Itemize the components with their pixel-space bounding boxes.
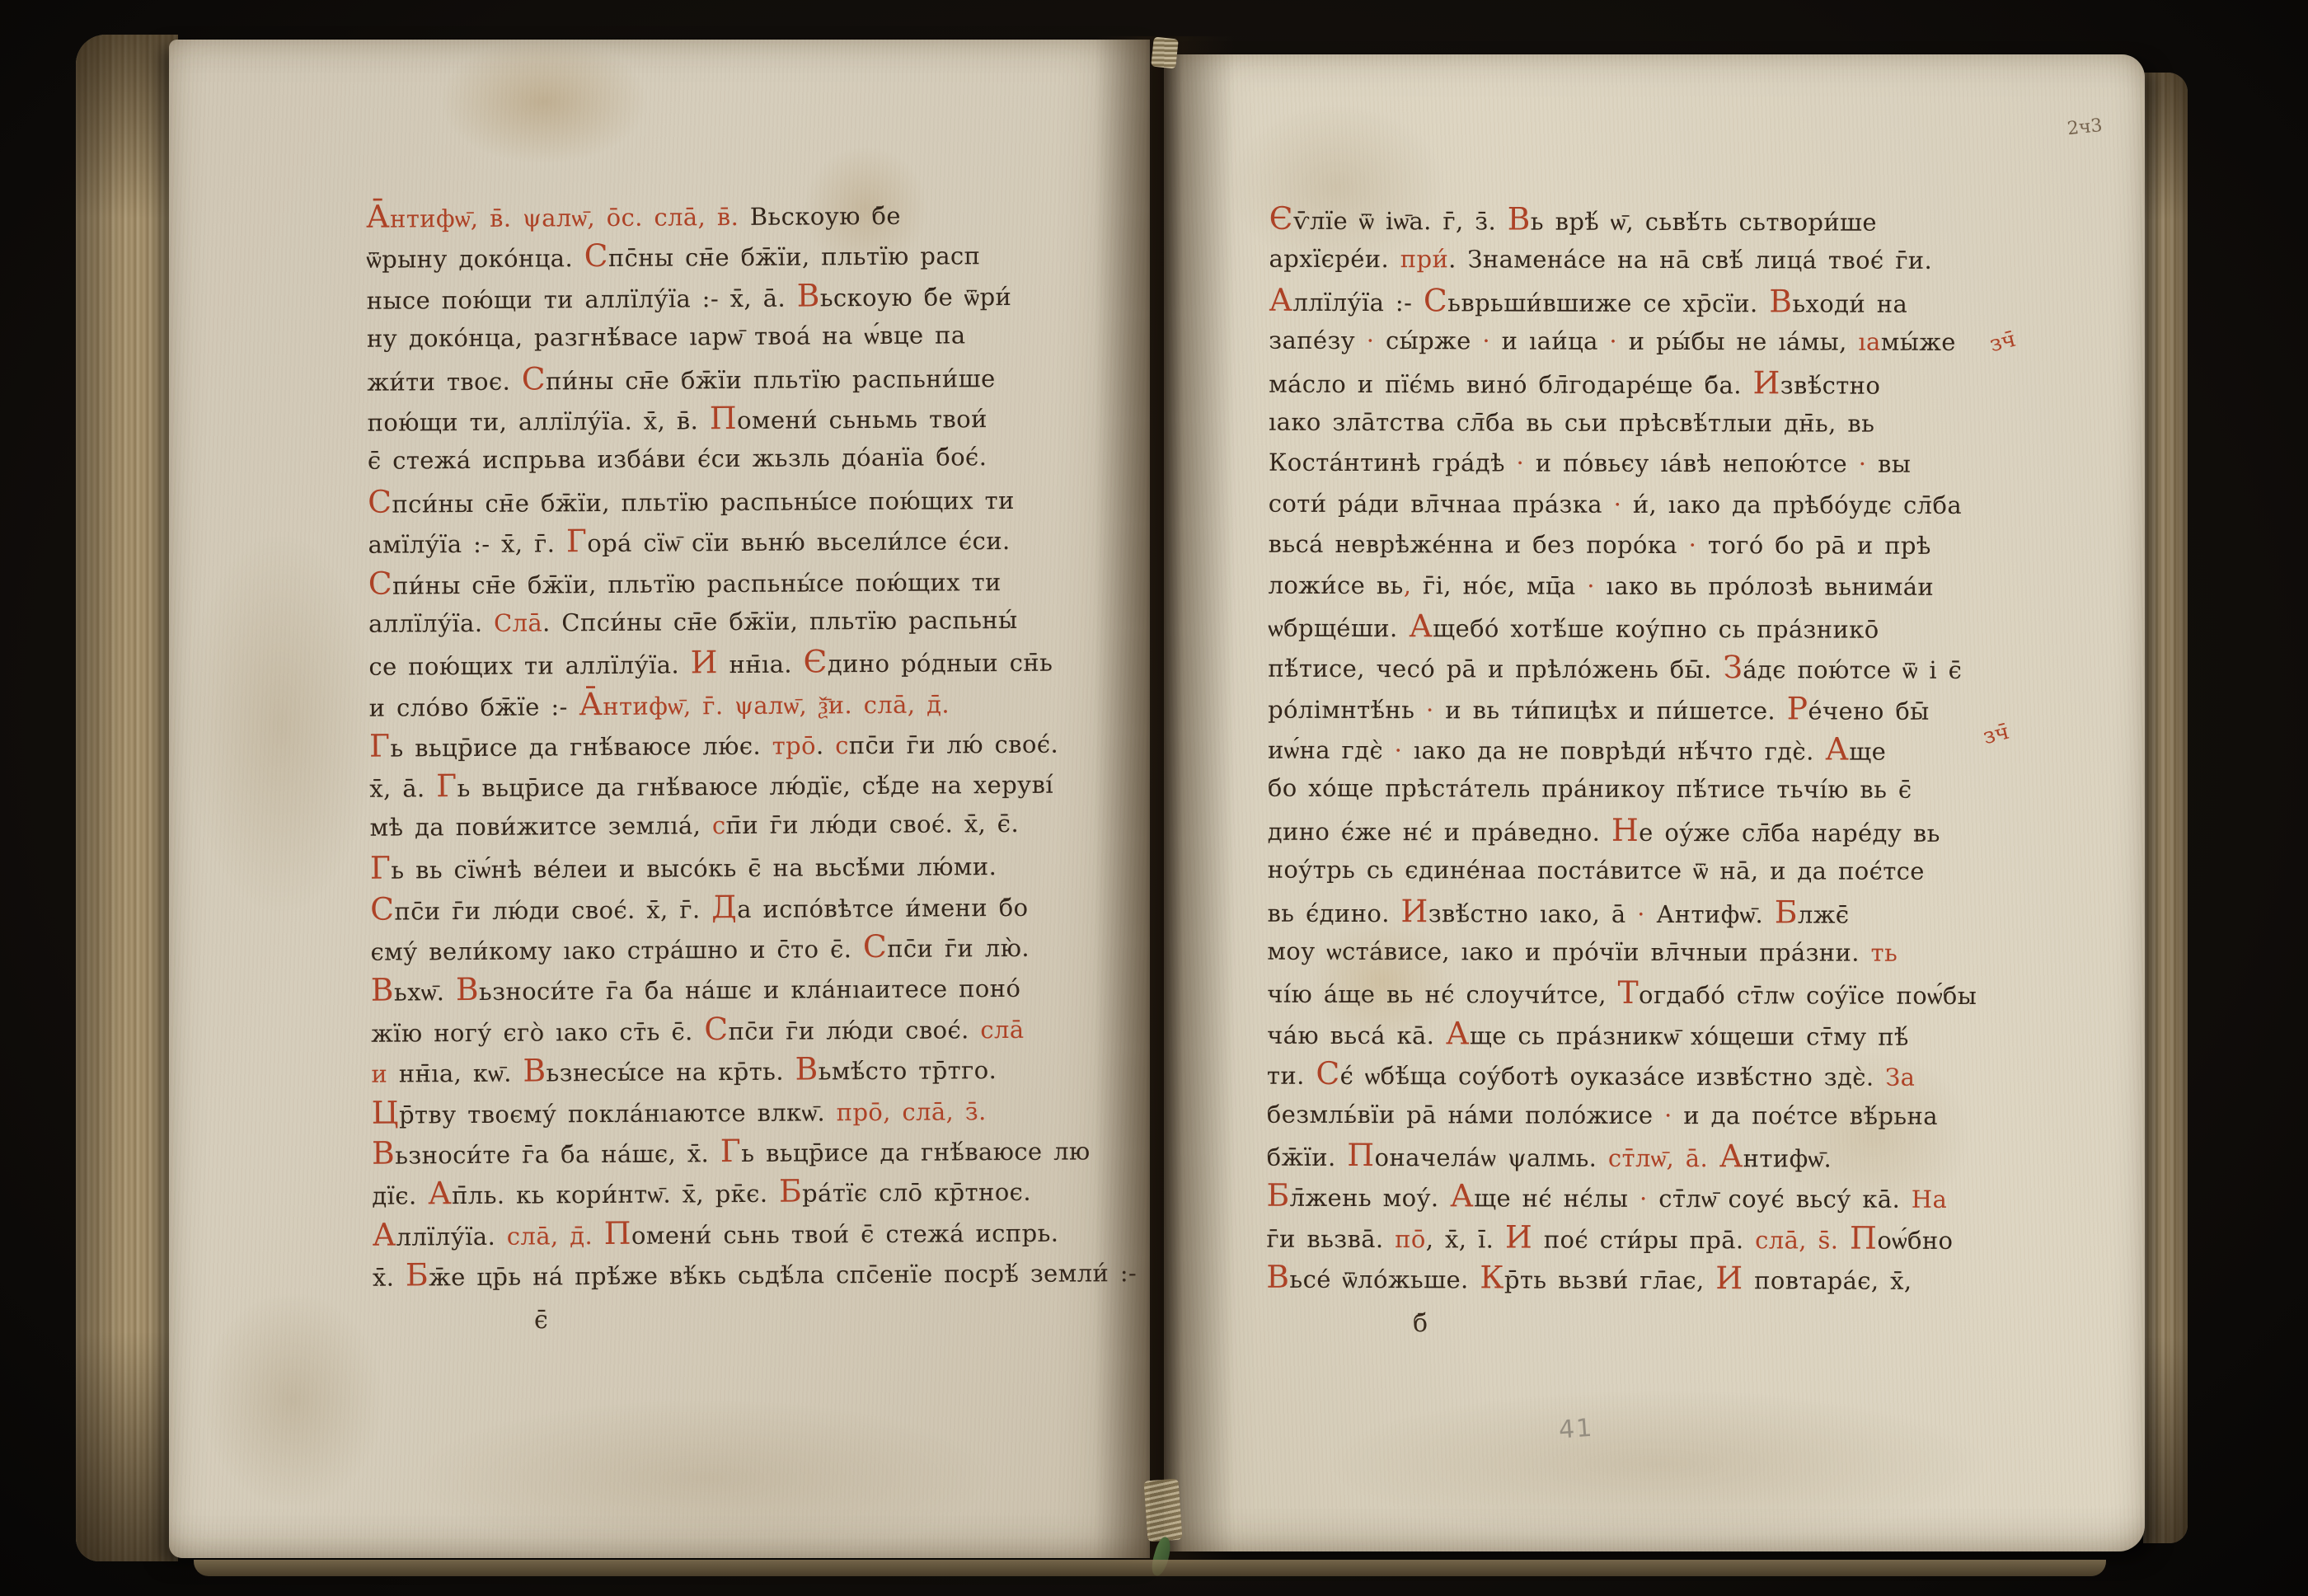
text-line: запе́зу · сы́рже · и ıаи́ца · и ры́бы не…	[1269, 321, 2052, 364]
text-line: єму́ вели́кому ıако стра́шно и с̄то є̄. …	[370, 925, 1116, 970]
text-line: аллїлу́їа. Сла̄. Спси́ны сн̄е бж̄їи, пль…	[368, 599, 1114, 645]
text-line: амїлу́їа :- х̄, г̄. Гора́ сїѡ̄ сїи вьню́…	[368, 518, 1114, 563]
text-line: ма́сло и пїє́мь вино́ бл̄годаре́ще б̄а. …	[1269, 361, 2052, 404]
text-line: бж̄їи. Поначела́ѡ ψалмь. ст̄лѡ̄, а̄. Ант…	[1267, 1135, 2050, 1178]
text-line: Коста́нтинѣ гра́дѣ · и по́вьєу ıа́вѣ неп…	[1269, 443, 2052, 486]
text-line: ноу́трь сь єдине́наа поста́витсе ѿ на̄, …	[1268, 850, 2051, 893]
right-page-catchword: б̄	[1413, 1309, 1428, 1338]
text-line: ти. Сє́ ѡбѣ́ща соу́ботѣ оуказа́се извѣ́с…	[1267, 1054, 2050, 1096]
text-line: соти́ ра́ди вл̄чнаа пра́зка · и́, ıако д…	[1269, 483, 2052, 526]
text-line: бо хо́ще прѣста́тель пра́никоу пѣ́тисе т…	[1268, 768, 2051, 811]
text-line: иѡ́на гдє̀ · ıако да не поврѣди́ нѣ́что …	[1268, 728, 2051, 771]
text-line: ро́лімнтѣ́нь · и вь ти́пицѣх и пи́шетсе.…	[1268, 687, 2051, 730]
text-line: нысе пою́щи ти аллїлу́їа :- х̄, а̄. Вьск…	[367, 274, 1113, 319]
text-line: Гь вьцр̄исе да гнѣ́ваюсе лю́є. тро̄. спс…	[369, 721, 1115, 767]
text-line: А̄нтифѡ̄, в̄. ψалѡ̄, о̄с. сла̄, в̄. Вьск…	[366, 192, 1112, 237]
text-line: жїю ногу́ єго̀ ıако ст̄ь є̄. Спс̄и г̄и л…	[371, 1007, 1117, 1052]
text-line: ча́ю вьса́ ка̄. Аще сь пра́зникѡ̄ хо́щеш…	[1267, 1013, 2050, 1056]
left-page-text: А̄нтифѡ̄, в̄. ψалѡ̄, о̄с. сла̄, в̄. Вьск…	[366, 192, 1119, 1296]
text-line: моу ѡста́висе, ıако и про́чїи вл̄чныи пр…	[1267, 932, 2050, 974]
text-line: дино є́же нє́ и пра́ведно. Не оу́же сл̄б…	[1268, 810, 2051, 852]
text-line: Вьзноси́те г̄а б̄а на́шє, х̄. Гь вьцр̄ис…	[372, 1129, 1118, 1174]
text-line: Аллїлу́їа. сла̄, д̄. Помени́ сьнь твои́ …	[372, 1210, 1118, 1256]
text-line: х̄, а̄. Гь вьцр̄исе да гнѣ́ваюсе лю́дїє,…	[369, 763, 1115, 808]
right-page-text: Єѵ̄лїе ѿ іѡ̄а. г̄, з̄. Вь врѣ́ ѡ̄, сьвѣ́…	[1266, 199, 2052, 1300]
left-page-catchword: є̄	[534, 1306, 548, 1335]
text-line: ѡбрще́ши. Ащебо́ хотѣ́ше коу́пно сь пра́…	[1268, 606, 2051, 649]
right-fore-edge-pages	[2143, 73, 2188, 1543]
binding-stitch-top	[1151, 37, 1179, 69]
text-line: Вьсе́ ѿло́жьше. Кр̄ть вьзви́ гл̄ає, И по…	[1266, 1257, 2049, 1300]
text-line: мѣ да пови́житсе землıа́, сп̄и г̄и лю́ди…	[369, 803, 1115, 848]
text-line: г̄и вьзва̄. по̄, х̄, і̄. И поє́ сти́ры п…	[1266, 1217, 2049, 1260]
text-line: ѿрыну доко́нца. Спс̄ны сн̄е бж̄їи, пльтї…	[366, 233, 1112, 279]
left-fore-edge-pages	[76, 35, 178, 1561]
text-line: ну доко́нца, разгнѣ́васе ıарѡ̄ твоа́ на …	[367, 314, 1113, 359]
text-line: є̄ стежа́ испрьва изба́ви є́си жьзль до́…	[368, 437, 1114, 482]
text-line: и сло́во бж̄їе :- А̄нтифѡ̄, г̄. ψалѡ̄, ѯ…	[369, 681, 1115, 726]
text-line: се пою́щих ти аллїлу́їа. И нн̄ıа. Єдино …	[368, 641, 1114, 686]
text-line: архїєре́и. при́. Знамена́се на на̄ свѣ́ …	[1269, 239, 2052, 282]
text-line: вьса́ неврѣже́нна и без поро́ка · того́ …	[1269, 524, 2052, 567]
text-line: Цр̄тву твоєму́ покла́нıаютсе влкѡ̄. про̄…	[372, 1088, 1118, 1134]
text-line: х̄. Бж̄е цр̄ь на́ прѣ́же вѣ́кь сьдѣ́ла с…	[373, 1251, 1119, 1296]
book-bottom-edge	[194, 1560, 2106, 1576]
text-line: ложи́се вь, г̄і, но́є, мц̄а · ıако вь пр…	[1268, 565, 2051, 608]
text-line: безмль́вїи ра̄ на́ми поло́жисе · и да по…	[1267, 1094, 2050, 1137]
text-line: Гь вь сїѡ́нѣ ве́леи и высо́кь є̄ на вьсѣ…	[370, 843, 1116, 889]
text-line: и нн̄ıа, кѡ̄. Вьзнесы́се на кр̄ть. Вьмѣ́…	[371, 1047, 1117, 1092]
manuscript-photo: А̄нтифѡ̄, в̄. ψалѡ̄, о̄с. сла̄, в̄. Вьск…	[0, 0, 2308, 1596]
text-line: Спси́ны сн̄е бж̄їи, пльтїю распьны́се по…	[368, 477, 1114, 523]
text-line: дїє. Ап̄ль. кь кори́нтѡ̄. х̄, рк̄є. Бра́…	[372, 1170, 1118, 1215]
text-line: ıако зла̄тства сл̄ба вь сьи прѣсвѣ́тлыи …	[1269, 402, 2052, 445]
pencil-folio-number: 41	[1558, 1414, 1595, 1445]
text-line: жи́ти твоє. Спи́ны сн̄е бж̄їи пльтїю рас…	[367, 355, 1113, 401]
text-line: чі́ю а́ще вь нє́ слоучи́тсе, Тогдабо́ ст…	[1267, 972, 2050, 1015]
text-line: Бл̄жень моу́. Аще нє́ нє́лы · ст̄лѡ̄ соу…	[1267, 1176, 2050, 1218]
text-line: вь є́дино. Извѣ́стно ıако, а̄ · Антифѡ̄.…	[1267, 890, 2050, 933]
text-line: пою́щи ти, аллїлу́їа. х̄, в̄. Помени́ сь…	[367, 396, 1113, 441]
text-line: Аллїлу́їа :- Сьврьши́вшиже се хр̄сїи. Вь…	[1269, 280, 2052, 323]
text-line: Спс̄и г̄и лю́ди своє́. х̄, г̄. Да испо́в…	[370, 885, 1116, 930]
text-line: Єѵ̄лїе ѿ іѡ̄а. г̄, з̄. Вь врѣ́ ѡ̄, сьвѣ́…	[1269, 199, 2052, 242]
binding-stitch-bottom	[1143, 1479, 1182, 1542]
text-line: Спи́ны сн̄е бж̄їи, пльтїю распьны́се пою…	[368, 559, 1114, 604]
text-line: Вьхѡ̄. Вьзноси́те г̄а б̄а на́шє и кла́нı…	[371, 966, 1117, 1012]
corner-ink-numeral: 2ч3	[2066, 115, 2104, 139]
text-line: пѣ́тисе, чесо́ ра̄ и прѣло́жень бы̄. За́…	[1268, 646, 2051, 689]
